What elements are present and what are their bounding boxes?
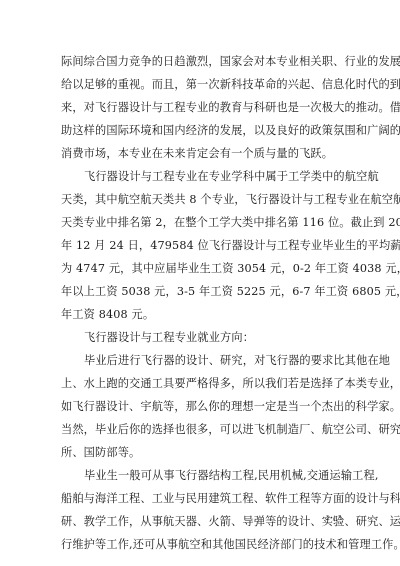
paragraph-2-line-6: 年以上工资 5038 元，3-5 年工资 5225 元，6-7 年工资 6805… xyxy=(61,280,342,303)
paragraph-4-line-4: 当然，毕业后你的选择也很多，可以进飞机制造厂、航空公司、研究 xyxy=(61,418,342,441)
paragraph-5-line-3: 研、教学工作，从事航天器、火箭、导弹等的设计、实验、研究、运 xyxy=(61,510,342,533)
paragraph-2-line-7: 年工资 8408 元。 xyxy=(61,303,342,326)
section-heading-employment-direction: 飞行器设计与工程专业就业方向： xyxy=(61,326,342,349)
paragraph-5-line-2: 船舶与海洋工程、工业与民用建筑工程、软件工程等方面的设计与科 xyxy=(61,487,342,510)
paragraph-4-line-3: 如飞行器设计、宇航等，那么你的理想一定是当一个杰出的科学家。 xyxy=(61,395,342,418)
paragraph-5-line-4: 行维护等工作,还可从事航空和其他国民经济部门的技术和管理工作。 xyxy=(61,533,342,556)
paragraph-4-line-1: 毕业后进行飞行器的设计、研究，对飞行器的要求比其他在地 xyxy=(61,349,342,372)
paragraph-4-line-5: 所、国防部等。 xyxy=(61,441,342,464)
paragraph-5-line-1: 毕业生一般可从事飞行器结构工程,民用机械,交通运输工程, xyxy=(61,464,342,487)
paragraph-2-line-4: 年 12 月 24 日，479584 位飞行器设计与工程专业毕业生的平均薪资 xyxy=(61,234,342,257)
paragraph-2-line-1: 飞行器设计与工程专业在专业学科中属于工学类中的航空航 xyxy=(61,165,342,188)
paragraph-1-line-2: 给以足够的重视。而且，第一次新科技革命的兴起、信息化时代的到 xyxy=(61,73,342,96)
paragraph-1-line-1: 际间综合国力竞争的日趋激烈，国家会对本专业相关职、行业的发展 xyxy=(61,50,342,73)
document-body: 际间综合国力竞争的日趋激烈，国家会对本专业相关职、行业的发展 给以足够的重视。而… xyxy=(61,50,342,556)
paragraph-1-line-5: 消费市场，本专业在未来肯定会有一个质与量的飞跃。 xyxy=(61,142,342,165)
paragraph-2-line-2: 天类，其中航空航天类共 8 个专业，飞行器设计与工程专业在航空航 xyxy=(61,188,342,211)
paragraph-2-line-3: 天类专业中排名第 2，在整个工学大类中排名第 116 位。截止到 2022 xyxy=(61,211,342,234)
page-number: 2 / 3 xyxy=(326,514,342,522)
paragraph-4-line-2: 上、水上跑的交通工具要严格得多，所以我们若是选择了本类专业， xyxy=(61,372,342,395)
paragraph-2-line-5: 为 4747 元，其中应届毕业生工资 3054 元，0-2 年工资 4038 元… xyxy=(61,257,342,280)
paragraph-1-line-3: 来，对飞行器设计与工程专业的教育与科研也是一次极大的推动。借 xyxy=(61,96,342,119)
paragraph-1-line-4: 助这样的国际环境和国内经济的发展，以及良好的政策氛围和广阔的 xyxy=(61,119,342,142)
document-page: 际间综合国力竞争的日趋激烈，国家会对本专业相关职、行业的发展 给以足够的重视。而… xyxy=(0,0,400,566)
